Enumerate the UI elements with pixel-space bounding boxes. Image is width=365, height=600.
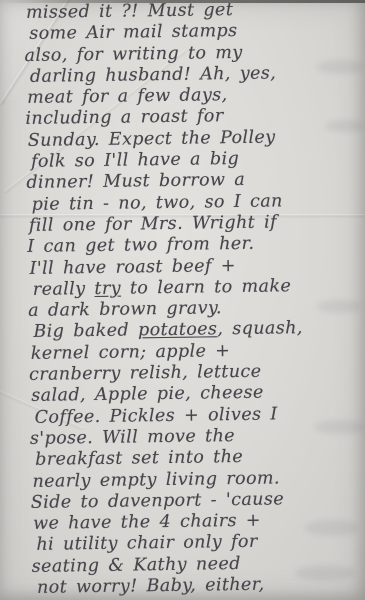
- handwriting-text-span: dinner! Must borrow a: [26, 170, 245, 193]
- handwriting-text-span: s'pose. Will move the: [30, 426, 235, 449]
- handwriting-text-span: not worry! Baby, either,: [37, 575, 265, 598]
- handwriting-text-span: really: [33, 279, 95, 300]
- handwriting-text-span: Coffee. Pickles + olives I: [35, 404, 278, 427]
- handwriting-text-span: Sunday. Expect the Polley: [28, 127, 276, 150]
- handwriting-text-span: I can get two from her.: [27, 234, 254, 257]
- handwriting-text-span: pie tin - no, two, so I can: [32, 191, 283, 215]
- handwriting-text-span: breakfast set into the: [35, 447, 243, 470]
- handwriting-text-span: some Air mail stamps: [29, 21, 237, 44]
- handwriting-text-span: Big baked: [33, 321, 138, 342]
- handwriting-text-span: fill one for Mrs. Wright if: [29, 212, 277, 235]
- handwriting-text-span: darling husband! Ah, yes,: [30, 63, 277, 86]
- handwriting-text-span: seating & Kathy need: [32, 554, 241, 577]
- handwriting-text-span: , squash,: [217, 319, 303, 340]
- handwriting-text-span: salad, Apple pie, cheese: [31, 383, 264, 406]
- paper-top-edge-shadow: [0, 0, 365, 3]
- underlined-word: try: [94, 278, 121, 298]
- handwriting-text-block: missed it ?! Must getsome Air mail stamp…: [0, 0, 365, 600]
- underlined-word: potatoes: [138, 320, 218, 341]
- handwriting-text-span: meat for a few days,: [27, 85, 228, 108]
- handwriting-text-span: a dark brown gravy.: [28, 298, 222, 321]
- handwriting-text-span: I'll have roast beef +: [29, 256, 236, 279]
- handwriting-text-span: kernel corn; apple +: [31, 341, 231, 364]
- handwriting-text-span: also, for writing to my: [24, 42, 242, 65]
- handwriting-text-span: including a roast for: [25, 107, 223, 130]
- handwriting-text-span: to learn to make: [121, 276, 291, 298]
- handwriting-text-span: hi utility chair only for: [36, 532, 258, 555]
- handwriting-text-span: Side to davenport - 'cause: [31, 489, 284, 513]
- handwriting-text-span: nearly empty living room.: [32, 468, 280, 491]
- letter-page: missed it ?! Must getsome Air mail stamp…: [0, 0, 365, 600]
- handwriting-text-span: folk so I'll have a big: [31, 149, 239, 172]
- handwriting-text-span: cranberry relish, lettuce: [29, 362, 262, 385]
- handwriting-text-span: missed it ?! Must get: [26, 0, 233, 23]
- handwriting-line: not worry! Baby, either,: [37, 573, 365, 599]
- handwriting-text-span: we have the 4 chairs +: [33, 511, 261, 534]
